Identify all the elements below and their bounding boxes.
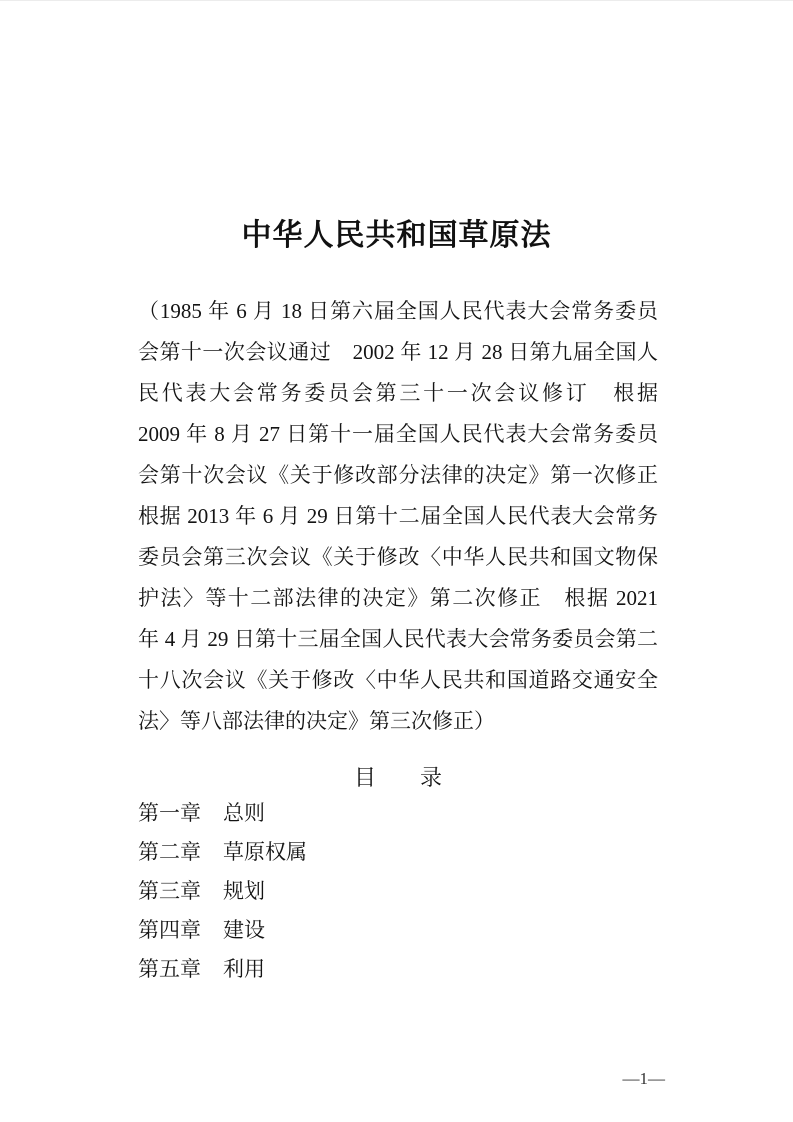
toc-item-chapter-5: 第五章利用: [138, 950, 307, 989]
preamble-line: 护法〉等十二部法律的决定》第二次修正 根据 2021: [138, 578, 658, 619]
toc-chapter-number: 第四章: [138, 918, 201, 942]
toc-item-chapter-3: 第三章规划: [138, 872, 307, 911]
toc-item-chapter-4: 第四章建设: [138, 911, 307, 950]
toc-item-chapter-1: 第一章总则: [138, 794, 307, 833]
preamble-line: 会第十一次会议通过 2002 年 12 月 28 日第九届全国人: [138, 332, 658, 373]
preamble-line: 委员会第三次会议《关于修改〈中华人民共和国文物保: [138, 537, 658, 578]
preamble-paragraph: （1985 年 6 月 18 日第六届全国人民代表大会常务委员 会第十一次会议通…: [138, 291, 658, 742]
preamble-line: 法〉等八部法律的决定》第三次修正）: [138, 701, 658, 742]
table-of-contents: 第一章总则 第二章草原权属 第三章规划 第四章建设 第五章利用: [138, 794, 307, 989]
preamble-line: 根据 2013 年 6 月 29 日第十二届全国人民代表大会常务: [138, 496, 658, 537]
document-title: 中华人民共和国草原法: [0, 219, 793, 252]
preamble-line: （1985 年 6 月 18 日第六届全国人民代表大会常务委员: [138, 291, 658, 332]
toc-chapter-number: 第一章: [138, 801, 201, 825]
toc-chapter-title: 规划: [223, 879, 265, 903]
preamble-line: 年 4 月 29 日第十三届全国人民代表大会常务委员会第二: [138, 619, 658, 660]
preamble-line: 会第十次会议《关于修改部分法律的决定》第一次修正: [138, 455, 658, 496]
document-page: 中华人民共和国草原法 （1985 年 6 月 18 日第六届全国人民代表大会常务…: [0, 0, 793, 1122]
toc-chapter-title: 总则: [223, 801, 265, 825]
toc-chapter-number: 第三章: [138, 879, 201, 903]
toc-chapter-title: 草原权属: [223, 840, 307, 864]
toc-item-chapter-2: 第二章草原权属: [138, 833, 307, 872]
page-number: —1—: [623, 1067, 666, 1091]
toc-chapter-title: 利用: [223, 957, 265, 981]
toc-chapter-number: 第五章: [138, 957, 201, 981]
preamble-line: 民代表大会常务委员会第三十一次会议修订 根据: [138, 373, 658, 414]
toc-chapter-title: 建设: [223, 918, 265, 942]
preamble-line: 2009 年 8 月 27 日第十一届全国人民代表大会常务委员: [138, 414, 658, 455]
toc-heading: 目 录: [138, 757, 658, 798]
preamble-line: 十八次会议《关于修改〈中华人民共和国道路交通安全: [138, 660, 658, 701]
toc-chapter-number: 第二章: [138, 840, 201, 864]
